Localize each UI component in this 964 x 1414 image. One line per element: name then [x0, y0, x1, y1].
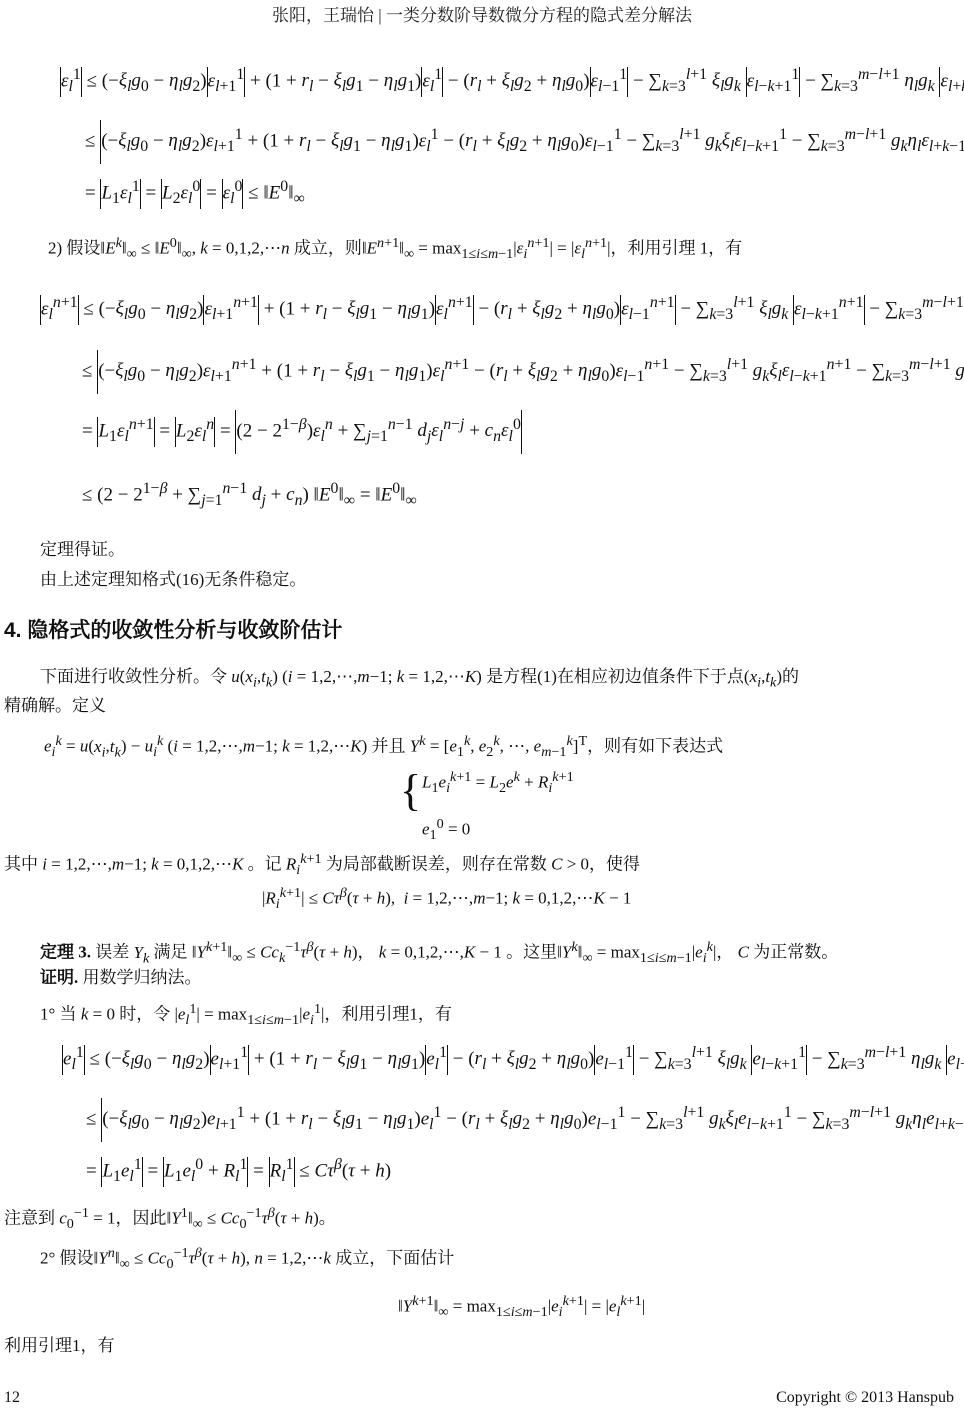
running-header: 张阳，王瑞怡 | 一类分数阶导数微分方程的隐式差分解法	[0, 4, 964, 28]
system-eq1: L1eik+1 = L2ek + Rik+1	[422, 764, 574, 801]
proof-label: 证明.	[40, 968, 78, 987]
section-number: 4.	[4, 619, 22, 642]
truncation-bound: |Rik+1| ≤ Cτβ(τ + h), i = 1,2,⋯,m−1; k =…	[262, 880, 631, 917]
base-case-text: 1° 当 k = 0 时，令 |el1| = max1≤i≤m−1|ei1|，利…	[40, 996, 452, 1033]
theorem-label: 定理 3.	[40, 943, 91, 962]
induction-step-2-text: 2) 假设‖Ek‖∞ ≤ ‖E0‖∞, k = 0,1,2,⋯n 成立，则‖En…	[48, 230, 742, 267]
intro-line1: 下面进行收敛性分析。令 u(xi,tk) (i = 1,2,⋯,m−1; k =…	[40, 664, 799, 695]
proof-text: 用数学归纳法。	[83, 968, 202, 987]
section-heading: 4. 隐格式的收敛性分析与收敛阶估计	[4, 614, 342, 644]
equation-block2-line1: εln+1 ≤ (−ξlg0 − ηlg2)εl+1n+1 + (1 + rl …	[40, 290, 964, 328]
where-clause: 其中 i = 1,2,⋯,m−1; k = 0,1,2,⋯K 。记 Rik+1 …	[4, 846, 640, 883]
system-eq2: e10 = 0	[422, 811, 574, 848]
copyright: Copyright © 2013 Hanspub	[776, 1389, 954, 1407]
max-estimate: ‖Yk+1‖∞ = max1≤i≤m−1|eik+1| = |elk+1|	[398, 1288, 645, 1325]
equation-block2-line3: = L1εln+1 = L2εln = (2 − 21−β)εln + ∑j=1…	[82, 410, 522, 454]
equation-block3-line2: ≤ (−ξlg0 − ηlg2)el+11 + (1 + rl − ξlg1 −…	[86, 1098, 964, 1142]
lemma-use-text: 利用引理1，有	[4, 1334, 115, 1358]
equation-block1-line1: εl1 ≤ (−ξlg0 − ηlg2)εl+11 + (1 + rl − ξl…	[60, 62, 964, 100]
equation-block1-line2: ≤ (−ξlg0 − ηlg2)εl+11 + (1 + rl − ξlg1 −…	[85, 120, 964, 164]
equation-block3-line3: = L1el1 = L1el0 + Rl1 = Rl1 ≤ Cτβ(τ + h)	[86, 1152, 391, 1190]
inductive-step-text: 2° 假设‖Yn‖∞ ≤ Cc0−1τβ(τ + h), n = 1,2,⋯k …	[40, 1240, 454, 1277]
equation-block2-line2: ≤ (−ξlg0 − ηlg2)εl+1n+1 + (1 + rl − ξlg1…	[82, 350, 964, 394]
proof-line: 证明. 用数学归纳法。	[40, 966, 202, 990]
page-number: 12	[4, 1389, 20, 1407]
qed-text: 定理得证。	[40, 538, 125, 562]
intro-line2: 精确解。定义	[4, 694, 106, 718]
equation-block3-line1: el1 ≤ (−ξlg0 − ηlg2)el+11 + (1 + rl − ξl…	[62, 1040, 964, 1078]
note-text: 注意到 c0−1 = 1，因此‖Y1‖∞ ≤ Cc0−1τβ(τ + h)。	[4, 1200, 336, 1237]
error-definition: eik = u(xi,tk) − uik (i = 1,2,⋯,m−1; k =…	[44, 728, 723, 765]
stability-conclusion: 由上述定理知格式(16)无条件稳定。	[40, 568, 306, 592]
section-title: 隐格式的收敛性分析与收敛阶估计	[27, 619, 342, 642]
equation-block2-line4: ≤ (2 − 21−β + ∑j=1n−1 dj + cn) ‖E0‖∞ = ‖…	[82, 476, 417, 514]
equation-block1-line3: = L1εl1 = L2εl0 = εl0 ≤ ‖E0‖∞	[85, 174, 305, 212]
